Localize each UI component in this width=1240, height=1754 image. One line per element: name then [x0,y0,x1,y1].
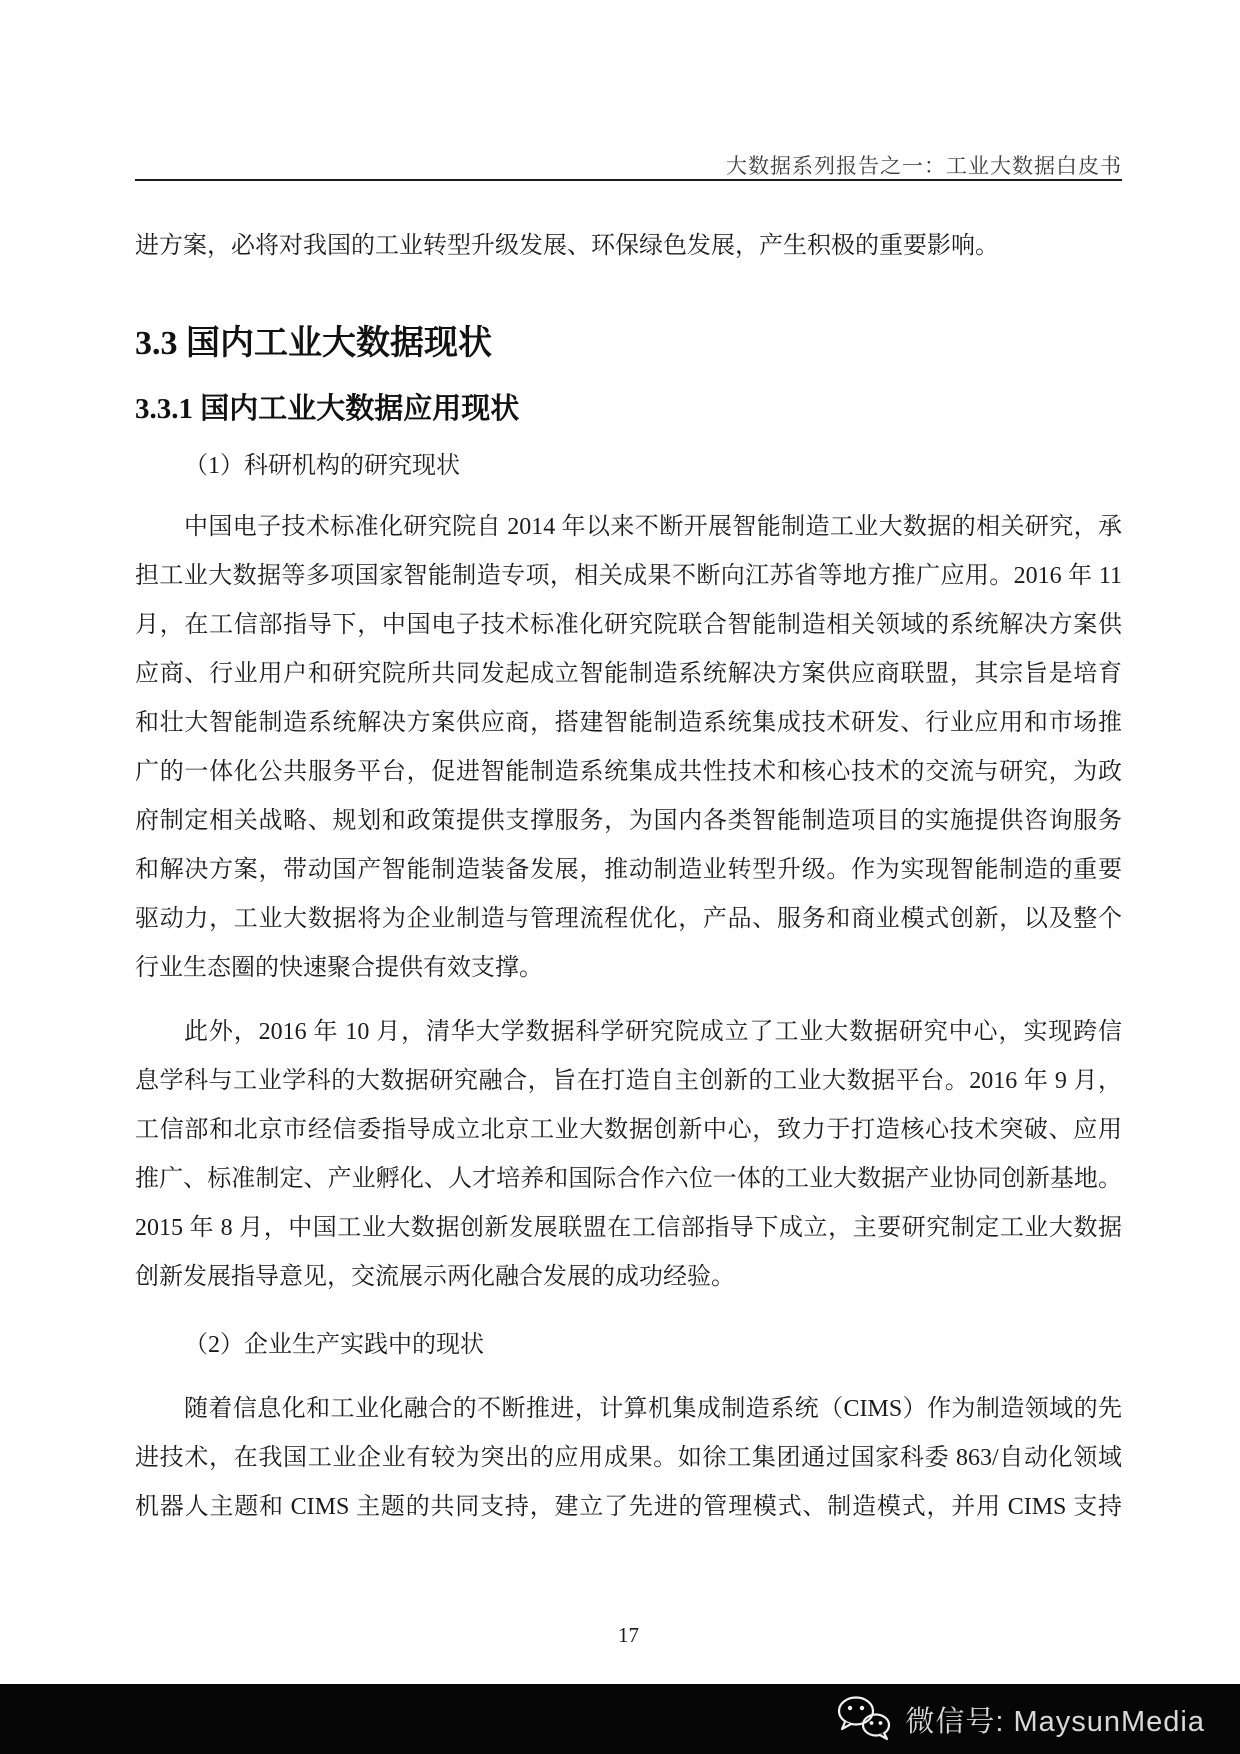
subsection-heading: 3.3.1 国内工业大数据应用现状 [135,386,519,427]
footer-watermark-bar: 微信号: MaysunMedia [0,1684,1240,1754]
text-line: 息学科与工业学科的大数据研究融合，旨在打造自主创新的工业大数据平台。2016 年… [135,1057,1122,1106]
paragraph-continuation: 进方案，必将对我国的工业转型升级发展、环保绿色发展，产生积极的重要影响。 [135,230,1122,262]
text-line: 2015 年 8 月，中国工业大数据创新发展联盟在工信部指导下成立，主要研究制定… [135,1204,1122,1253]
paragraph-research-institutes: 中国电子技术标准化研究院自 2014 年以来不断开展智能制造工业大数据的相关研究… [135,503,1122,993]
page-number: 17 [135,1623,1122,1648]
text-line: 创新发展指导意见，交流展示两化融合发展的成功经验。 [135,1253,1122,1302]
text-line: 府制定相关战略、规划和政策提供支撑服务，为国内各类智能制造项目的实施提供咨询服务 [135,797,1122,846]
section-heading: 3.3 国内工业大数据现状 [135,315,492,364]
list-item-heading-2: （2）企业生产实践中的现状 [135,1324,1122,1359]
text-line: 推广、标准制定、产业孵化、人才培养和国际合作六位一体的工业大数据产业协同创新基地… [135,1155,1122,1204]
text-line: 月，在工信部指导下，中国电子技术标准化研究院联合智能制造相关领域的系统解决方案供 [135,601,1122,650]
wechat-icon [835,1694,893,1744]
running-header-title: 大数据系列报告之一：工业大数据白皮书 [726,150,1122,180]
text-line: 应商、行业用户和研究院所共同发起成立智能制造系统解决方案供应商联盟，其宗旨是培育 [135,650,1122,699]
text-line: 和壮大智能制造系统解决方案供应商，搭建智能制造系统集成技术研发、行业应用和市场推 [135,699,1122,748]
header-rule [135,179,1122,181]
text-line: 中国电子技术标准化研究院自 2014 年以来不断开展智能制造工业大数据的相关研究… [135,503,1122,552]
text-line: 驱动力，工业大数据将为企业制造与管理流程优化，产品、服务和商业模式创新，以及整个 [135,895,1122,944]
text-line: 机器人主题和 CIMS 主题的共同支持，建立了先进的管理模式、制造模式，并用 C… [135,1483,1122,1532]
text-line: 和解决方案，带动国产智能制造装备发展，推动制造业转型升级。作为实现智能制造的重要 [135,846,1122,895]
wechat-account-label: 微信号: MaysunMedia [905,1699,1205,1740]
text-line: 广的一体化公共服务平台，促进智能制造系统集成共性技术和核心技术的交流与研究，为政 [135,748,1122,797]
text-line: 工信部和北京市经信委指导成立北京工业大数据创新中心，致力于打造核心技术突破、应用 [135,1106,1122,1155]
text-line: 随着信息化和工业化融合的不断推进，计算机集成制造系统（CIMS）作为制造领域的先 [135,1385,1122,1434]
paragraph-other-institutes: 此外，2016 年 10 月，清华大学数据科学研究院成立了工业大数据研究中心，实… [135,1008,1122,1302]
list-item-heading-1: （1）科研机构的研究现状 [135,445,1122,480]
text-line: 行业生态圈的快速聚合提供有效支撑。 [135,944,1122,993]
document-page: 大数据系列报告之一：工业大数据白皮书 进方案，必将对我国的工业转型升级发展、环保… [0,0,1240,1754]
text-line: 进技术，在我国工业企业有较为突出的应用成果。如徐工集团通过国家科委 863/自动… [135,1434,1122,1483]
text-line: 担工业大数据等多项国家智能制造专项，相关成果不断向江苏省等地方推广应用。2016… [135,552,1122,601]
paragraph-enterprise-practice: 随着信息化和工业化融合的不断推进，计算机集成制造系统（CIMS）作为制造领域的先… [135,1385,1122,1532]
text-line: 此外，2016 年 10 月，清华大学数据科学研究院成立了工业大数据研究中心，实… [135,1008,1122,1057]
